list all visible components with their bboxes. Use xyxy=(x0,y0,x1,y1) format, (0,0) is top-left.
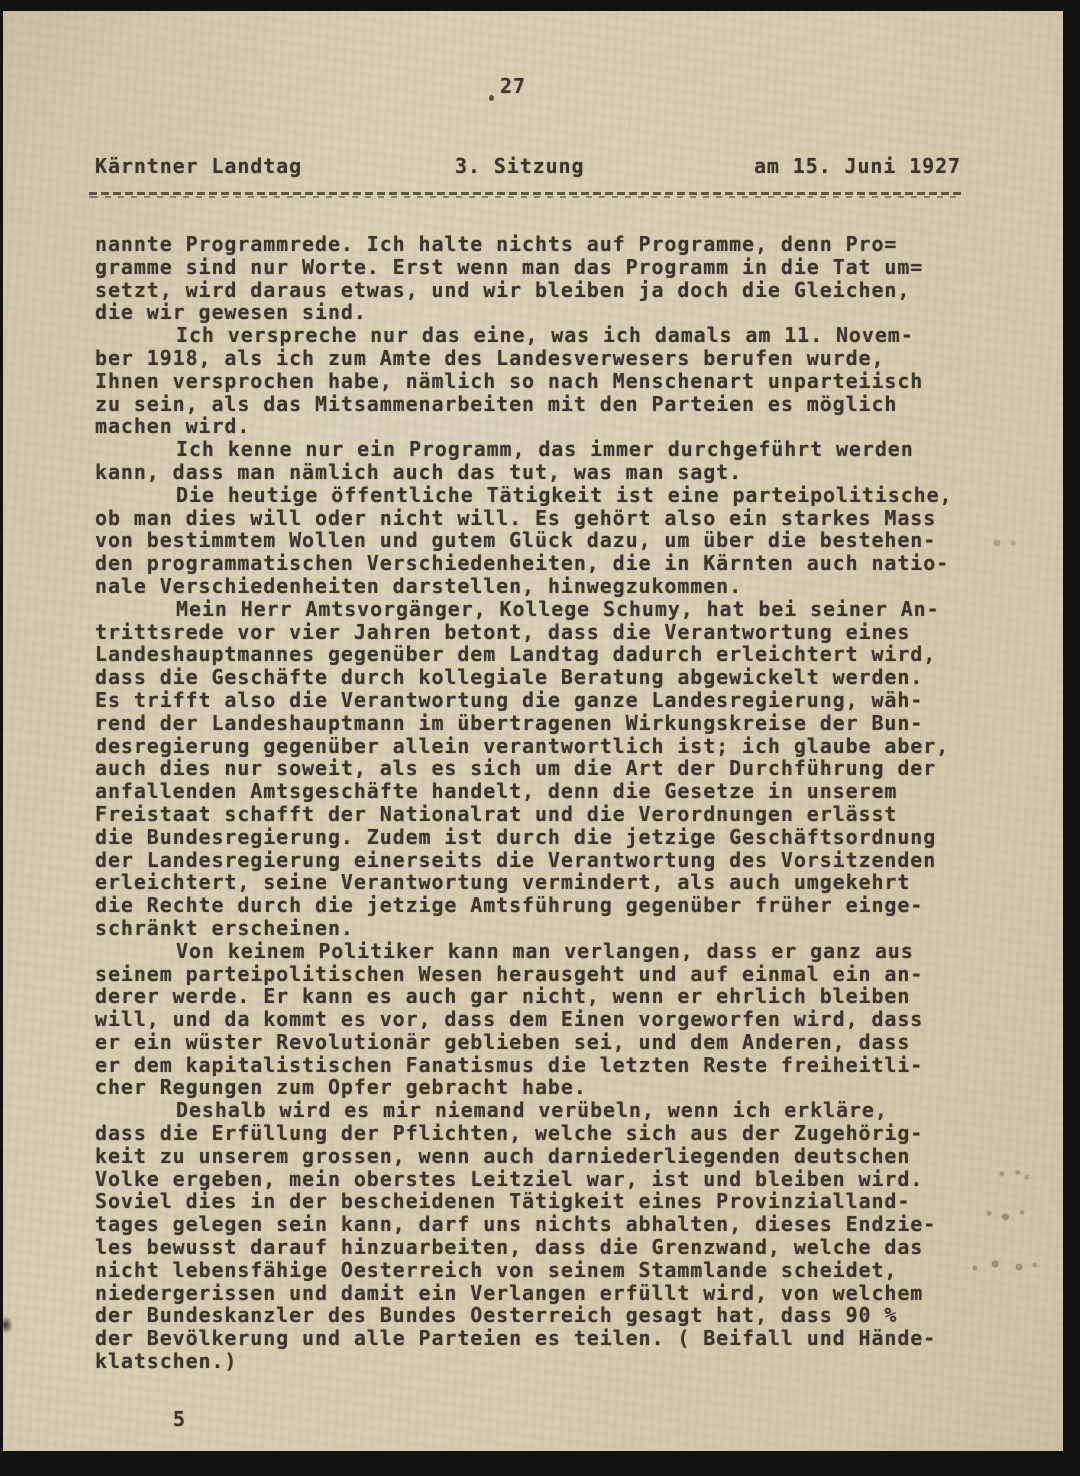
text-line: dass die Geschäfte durch kollegiale Bera… xyxy=(95,666,981,689)
session-header: Kärntner Landtag 3. Sitzung am 15. Juni … xyxy=(95,154,961,180)
text-line: Volke ergeben, mein oberstes Leitziel wa… xyxy=(95,1168,981,1191)
text-line: zu sein, als das Mitsammenarbeiten mit d… xyxy=(95,393,981,416)
text-line: ob man dies will oder nicht will. Es geh… xyxy=(95,507,981,530)
text-line: er dem kapitalistischen Fanatismus die l… xyxy=(95,1054,981,1077)
paragraph: Von keinem Politiker kann man verlangen,… xyxy=(95,940,981,1100)
paper-sheet: 27 Kärntner Landtag 3. Sitzung am 15. Ju… xyxy=(3,11,1063,1451)
text-line: derer werde. Er kann es auch gar nicht, … xyxy=(95,985,981,1008)
text-line: klatschen.) xyxy=(95,1350,981,1373)
speech-text-body: nannte Programmrede. Ich halte nichts au… xyxy=(95,233,981,1373)
header-session-number: 3. Sitzung xyxy=(455,154,584,178)
text-line: Die heutige öffentliche Tätigkeit ist ei… xyxy=(95,484,981,507)
page-number-top: 27 xyxy=(500,74,526,98)
text-line: keit zu unserem grossen, wenn auch darni… xyxy=(95,1145,981,1168)
text-line: der Landesregierung einerseits die Veran… xyxy=(95,849,981,872)
paragraph: Mein Herr Amtsvorgänger, Kollege Schumy,… xyxy=(95,598,981,940)
text-line: ber 1918, als ich zum Amte des Landesver… xyxy=(95,347,981,370)
page-number-bottom: 5 xyxy=(173,1407,186,1431)
text-line: les bewusst darauf hinzuarbeiten, dass d… xyxy=(95,1236,981,1259)
text-line: nannte Programmrede. Ich halte nichts au… xyxy=(95,233,981,256)
margin-ink-specks xyxy=(978,1206,1033,1224)
text-line: den programmatischen Verschiedenheiten, … xyxy=(95,552,981,575)
text-line: die wir gewesen sind. xyxy=(95,301,981,324)
dashed-separator xyxy=(89,192,963,199)
text-line: Es trifft also die Verantwortung die gan… xyxy=(95,689,981,712)
paragraph: Deshalb wird es mir niemand verübeln, we… xyxy=(95,1099,981,1373)
text-line: rend der Landeshauptmann im übertragenen… xyxy=(95,712,981,735)
text-line: Ihnen versprochen habe, nämlich so nach … xyxy=(95,370,981,393)
margin-ink-specks xyxy=(983,536,1023,550)
text-line: nicht lebensfähige Oesterreich von seine… xyxy=(95,1259,981,1282)
paragraph: Ich verspreche nur das eine, was ich dam… xyxy=(95,324,981,438)
text-line: gramme sind nur Worte. Erst wenn man das… xyxy=(95,256,981,279)
text-line: schränkt erscheinen. xyxy=(95,917,981,940)
paragraph: nannte Programmrede. Ich halte nichts au… xyxy=(95,233,981,324)
text-line: der Bundeskanzler des Bundes Oesterreich… xyxy=(95,1304,981,1327)
text-line: Soviel dies in der bescheidenen Tätigkei… xyxy=(95,1190,981,1213)
text-line: niedergerissen und damit ein Verlangen e… xyxy=(95,1282,981,1305)
text-line: anfallenden Amtsgeschäfte handelt, denn … xyxy=(95,780,981,803)
header-institution: Kärntner Landtag xyxy=(95,154,302,178)
text-line: will, und da kommt es vor, dass dem Eine… xyxy=(95,1008,981,1031)
text-line: Landeshauptmannes gegenüber dem Landtag … xyxy=(95,643,981,666)
text-line: cher Regungen zum Opfer gebracht habe. xyxy=(95,1076,981,1099)
edge-ink-mark xyxy=(3,1316,13,1334)
text-line: auch dies nur soweit, als es sich um die… xyxy=(95,757,981,780)
text-line: Ich kenne nur ein Programm, das immer du… xyxy=(95,438,981,461)
text-line: desregierung gegenüber allein verantwort… xyxy=(95,735,981,758)
text-line: trittsrede vor vier Jahren betont, dass … xyxy=(95,621,981,644)
text-line: machen wird. xyxy=(95,415,981,438)
text-line: die Rechte durch die jetzige Amtsführung… xyxy=(95,894,981,917)
text-line: Ich verspreche nur das eine, was ich dam… xyxy=(95,324,981,347)
margin-ink-specks xyxy=(988,1166,1034,1182)
paragraph: Ich kenne nur ein Programm, das immer du… xyxy=(95,438,981,484)
scan-viewport: { "document": { "page_number_top": "27",… xyxy=(0,0,1080,1476)
header-date: am 15. Juni 1927 xyxy=(754,154,961,178)
text-line: er ein wüster Revolutionär geblieben sei… xyxy=(95,1031,981,1054)
text-line: kann, dass man nämlich auch das tut, was… xyxy=(95,461,981,484)
text-line: tages gelegen sein kann, darf uns nichts… xyxy=(95,1213,981,1236)
text-line: dass die Erfüllung der Pflichten, welche… xyxy=(95,1122,981,1145)
text-line: Von keinem Politiker kann man verlangen,… xyxy=(95,940,981,963)
text-line: von bestimmtem Wollen und gutem Glück da… xyxy=(95,529,981,552)
text-line: setzt, wird daraus etwas, und wir bleibe… xyxy=(95,279,981,302)
text-line: Deshalb wird es mir niemand verübeln, we… xyxy=(95,1099,981,1122)
text-line: erleichtert, seine Verantwortung vermind… xyxy=(95,871,981,894)
text-line: die Bundesregierung. Zudem ist durch die… xyxy=(95,826,981,849)
ink-speck xyxy=(489,95,494,101)
text-line: Freistaat schafft der Nationalrat und di… xyxy=(95,803,981,826)
text-line: Mein Herr Amtsvorgänger, Kollege Schumy,… xyxy=(95,598,981,621)
text-line: der Bevölkerung und alle Parteien es tei… xyxy=(95,1327,981,1350)
paragraph: Die heutige öffentliche Tätigkeit ist ei… xyxy=(95,484,981,598)
text-line: nale Verschiedenheiten darstellen, hinwe… xyxy=(95,575,981,598)
text-line: seinem parteipolitischen Wesen herausgeh… xyxy=(95,963,981,986)
